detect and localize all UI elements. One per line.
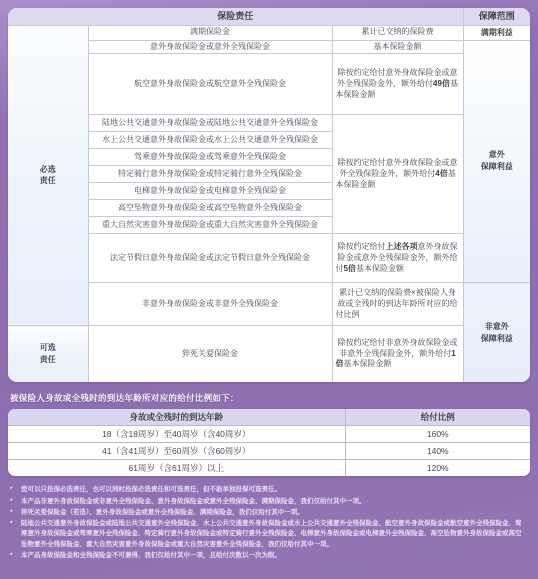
footnote-text: 猝死关爱保险金（若选）、意外身故保险金或意外全残保险金、满期保险金，我们仅给付其… [21, 508, 526, 518]
benefit-name: 电梯意外身故保险金或电梯意外全残保险金 [88, 183, 332, 200]
age-range: 41（含41周岁）至60周岁（含60周岁） [8, 443, 345, 460]
payout-ratio-table: 身故或全残时的到达年龄 给付比例 18（含18周岁）至40周岁（含40周岁） 1… [8, 409, 530, 477]
footnote-text: 陆地公共交通意外身故保险金或陆地公共交通意外全残保险金、水上公共交通意外身故保险… [21, 519, 526, 550]
footnote-item: * 猝死关爱保险金（若选）、意外身故保险金或意外全残保险金、满期保险金，我们仅给… [10, 508, 526, 518]
insurance-benefit-sheet: 保险责任 保障范围 必选 责任 满期保险金 累计已交纳的保险费 满期利益 意外身… [0, 0, 538, 579]
ratio-row: 61周岁（含61周岁）以上 120% [8, 460, 530, 477]
liability-column-header: 保险责任 [8, 8, 463, 25]
benefit-name: 特定骑行意外身故保险金或特定骑行意外全残保险金 [88, 166, 332, 183]
benefit-name: 高空坠物意外身故保险金或高空坠物意外全残保险金 [88, 200, 332, 217]
footnote-item: * 本产品非意外身故保险金或非意外全残保险金、意外身故保险金或意外全残保险金、满… [10, 497, 526, 507]
payout-amount-shared: 除按约定给付意外身故保险金或意外全残保险金外，额外给付4倍基本保险金额 [332, 115, 463, 234]
footnotes: * 您可以只投保必选责任，也可以同时投保必选责任和可选责任，但不能单独投保可选责… [8, 485, 530, 561]
scope-column-header: 保障范围 [463, 8, 530, 25]
footnote-text: 您可以只投保必选责任，也可以同时投保必选责任和可选责任，但不能单独投保可选责任。 [21, 485, 526, 495]
age-column-header: 身故或全残时的到达年龄 [8, 409, 345, 426]
benefit-name: 重大自然灾害意外身故保险金或重大自然灾害意外全残保险金 [88, 217, 332, 234]
benefit-name: 驾乘意外身故保险金或驾乘意外全残保险金 [88, 149, 332, 166]
table-row: 必选 责任 满期保险金 累计已交纳的保险费 满期利益 [8, 25, 530, 40]
footnote-item: * 陆地公共交通意外身故保险金或陆地公共交通意外全残保险金、水上公共交通意外身故… [10, 519, 526, 550]
benefit-name: 猝死关爱保险金 [88, 326, 332, 382]
asterisk-marker: * [10, 485, 17, 495]
scope-non-accident: 非意外 保障利益 [463, 283, 530, 382]
benefit-name: 满期保险金 [88, 25, 332, 40]
ratio-section-title: 被保险人身故或全残时的到达年龄所对应的给付比例如下： [10, 392, 530, 404]
table-row: 可选 责任 猝死关爱保险金 除按约定给付非意外身故保险金或非意外全残保险金外，额… [8, 326, 530, 382]
scope-maturity: 满期利益 [463, 25, 530, 40]
age-range: 61周岁（含61周岁）以上 [8, 460, 345, 477]
benefit-name: 水上公共交通意外身故保险金或水上公共交通意外全残保险金 [88, 132, 332, 149]
benefit-name: 法定节假日意外身故保险金或法定节假日意外全残保险金 [88, 234, 332, 283]
asterisk-marker: * [10, 519, 17, 550]
ratio-header-row: 身故或全残时的到达年龄 给付比例 [8, 409, 530, 426]
ratio-value: 120% [345, 460, 530, 477]
payout-amount: 基本保险金额 [332, 40, 463, 54]
footnote-item: * 本产品身故保险金和全残保险金不可兼得，我们仅给付其中一项，且给付次数以一次为… [10, 551, 526, 561]
benefit-name: 航空意外身故保险金或航空意外全残保险金 [88, 54, 332, 115]
payout-amount: 累计已交纳的保险费×被保险人身故或全残时的到达年龄所对应的给付比例 [332, 283, 463, 326]
ratio-row: 41（含41周岁）至60周岁（含60周岁） 140% [8, 443, 530, 460]
ratio-column-header: 给付比例 [345, 409, 530, 426]
payout-amount: 除按约定给付意外身故保险金或意外全残保险金外，额外给付49倍基本保险金额 [332, 54, 463, 115]
optional-liability-label: 可选 责任 [8, 326, 88, 382]
payout-amount: 累计已交纳的保险费 [332, 25, 463, 40]
ratio-value: 160% [345, 426, 530, 443]
liability-table: 保险责任 保障范围 必选 责任 满期保险金 累计已交纳的保险费 满期利益 意外身… [8, 8, 530, 382]
asterisk-marker: * [10, 551, 17, 561]
asterisk-marker: * [10, 497, 17, 507]
ratio-value: 140% [345, 443, 530, 460]
benefit-name: 意外身故保险金或意外全残保险金 [88, 40, 332, 54]
asterisk-marker: * [10, 508, 17, 518]
ratio-row: 18（含18周岁）至40周岁（含40周岁） 160% [8, 426, 530, 443]
benefit-name: 陆地公共交通意外身故保险金或陆地公共交通意外全残保险金 [88, 115, 332, 132]
age-range: 18（含18周岁）至40周岁（含40周岁） [8, 426, 345, 443]
table-header-row: 保险责任 保障范围 [8, 8, 530, 25]
footnote-text: 本产品身故保险金和全残保险金不可兼得，我们仅给付其中一项，且给付次数以一次为限。 [21, 551, 526, 561]
scope-accident: 意外 保障利益 [463, 40, 530, 283]
required-liability-label: 必选 责任 [8, 25, 88, 326]
benefit-name: 非意外身故保险金或非意外全残保险金 [88, 283, 332, 326]
footnote-text: 本产品非意外身故保险金或非意外全残保险金、意外身故保险金或意外全残保险金、满期保… [21, 497, 526, 507]
footnote-item: * 您可以只投保必选责任，也可以同时投保必选责任和可选责任，但不能单独投保可选责… [10, 485, 526, 495]
payout-amount: 除按约定给付非意外身故保险金或非意外全残保险金外，额外给付1倍基本保险金额 [332, 326, 463, 382]
payout-amount: 除按约定给付上述各项意外身故保险金或意外全残保险金外，额外给付5倍基本保险金额 [332, 234, 463, 283]
